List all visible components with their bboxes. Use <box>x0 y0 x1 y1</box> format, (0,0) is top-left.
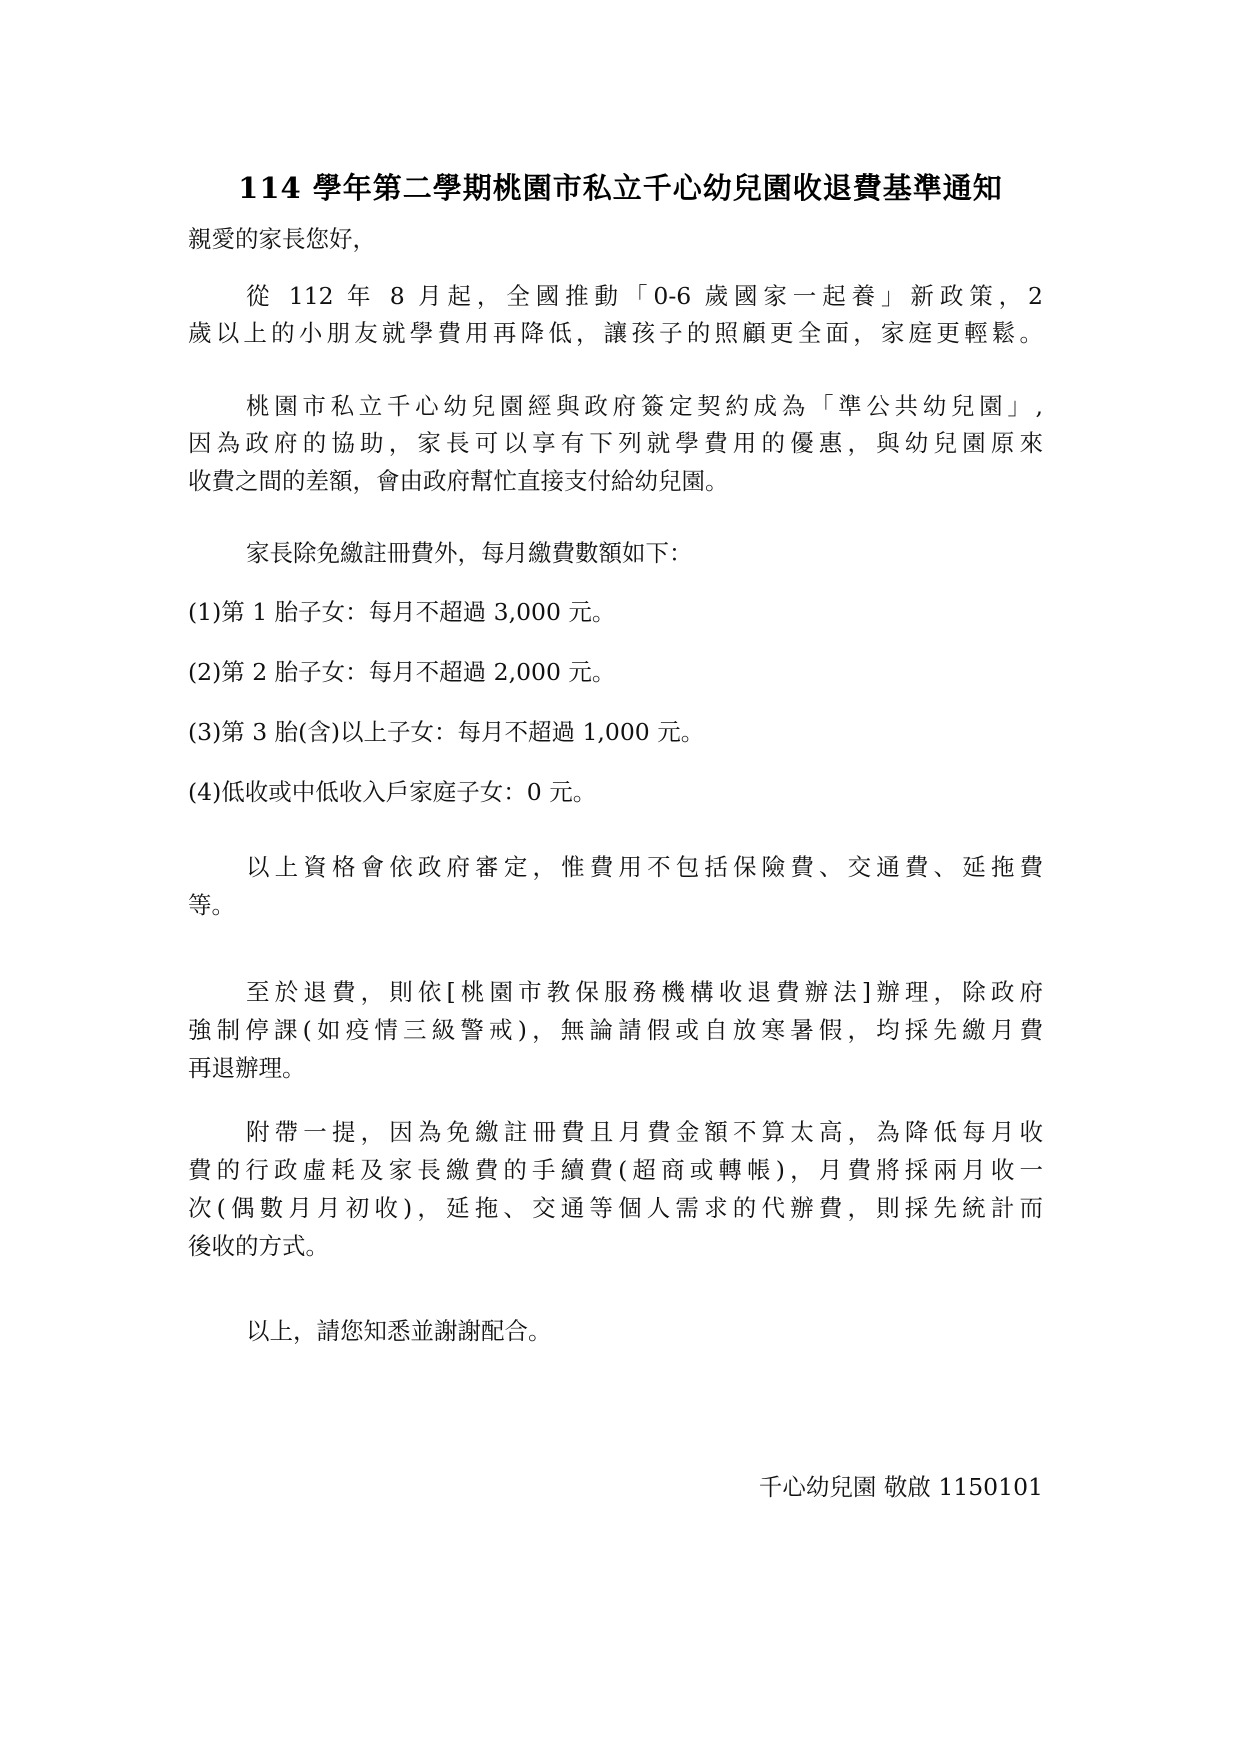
refund-paragraph-line-1: 至於退費，則依[桃園市教保服務機構收退費辦法]辦理，除政府 <box>246 975 1043 1009</box>
signature: 千心幼兒園 敬啟 1150101 <box>759 1470 1043 1504</box>
refund-paragraph-line-3: 再退辦理。 <box>188 1051 1048 1085</box>
refund-paragraph-line-2: 強制停課(如疫情三級警戒)，無論請假或自放寒暑假，均採先繳月費 <box>188 1013 1043 1047</box>
billing-paragraph-line-3: 次(偶數月月初收)，延拖、交通等個人需求的代辦費，則採先統計而 <box>188 1191 1043 1225</box>
billing-paragraph-line-1: 附帶一提，因為免繳註冊費且月費金額不算太高，為降低每月收 <box>246 1115 1043 1149</box>
billing-paragraph-line-2: 費的行政虛耗及家長繳費的手續費(超商或轉帳)，月費將採兩月收一 <box>188 1153 1043 1187</box>
contract-paragraph-line-2: 因為政府的協助，家長可以享有下列就學費用的優惠，與幼兒園原來 <box>188 426 1043 460</box>
billing-paragraph-line-4: 後收的方式。 <box>188 1229 1048 1263</box>
fee-item-1: (1)第 1 胎子女：每月不超過 3,000 元。 <box>188 595 1048 629</box>
policy-paragraph-line-2: 歲以上的小朋友就學費用再降低，讓孩子的照顧更全面，家庭更輕鬆。 <box>188 316 1043 350</box>
fee-item-4: (4)低收或中低收入戶家庭子女：0 元。 <box>188 775 1048 809</box>
document-page: 114 學年第二學期桃園市私立千心幼兒園收退費基準通知 親愛的家長您好， 從 1… <box>0 0 1241 1755</box>
closing-line: 以上，請您知悉並謝謝配合。 <box>246 1314 1106 1348</box>
fee-item-3: (3)第 3 胎(含)以上子女：每月不超過 1,000 元。 <box>188 715 1048 749</box>
fees-intro: 家長除免繳註冊費外，每月繳費數額如下： <box>246 536 1106 570</box>
contract-paragraph-line-3: 收費之間的差額，會由政府幫忙直接支付給幼兒園。 <box>188 464 1048 498</box>
fee-item-2: (2)第 2 胎子女：每月不超過 2,000 元。 <box>188 655 1048 689</box>
document-title: 114 學年第二學期桃園市私立千心幼兒園收退費基準通知 <box>0 168 1241 208</box>
policy-paragraph-line-1: 從 112 年 8 月起，全國推動「0-6 歲國家一起養」新政策，2 <box>246 279 1043 313</box>
eligibility-paragraph-line-1: 以上資格會依政府審定，惟費用不包括保險費、交通費、延拖費 <box>246 850 1043 884</box>
contract-paragraph-line-1: 桃園市私立千心幼兒園經與政府簽定契約成為「準公共幼兒園」, <box>246 389 1043 423</box>
eligibility-paragraph-line-2: 等。 <box>188 888 1048 922</box>
greeting: 親愛的家長您好， <box>188 222 1048 256</box>
